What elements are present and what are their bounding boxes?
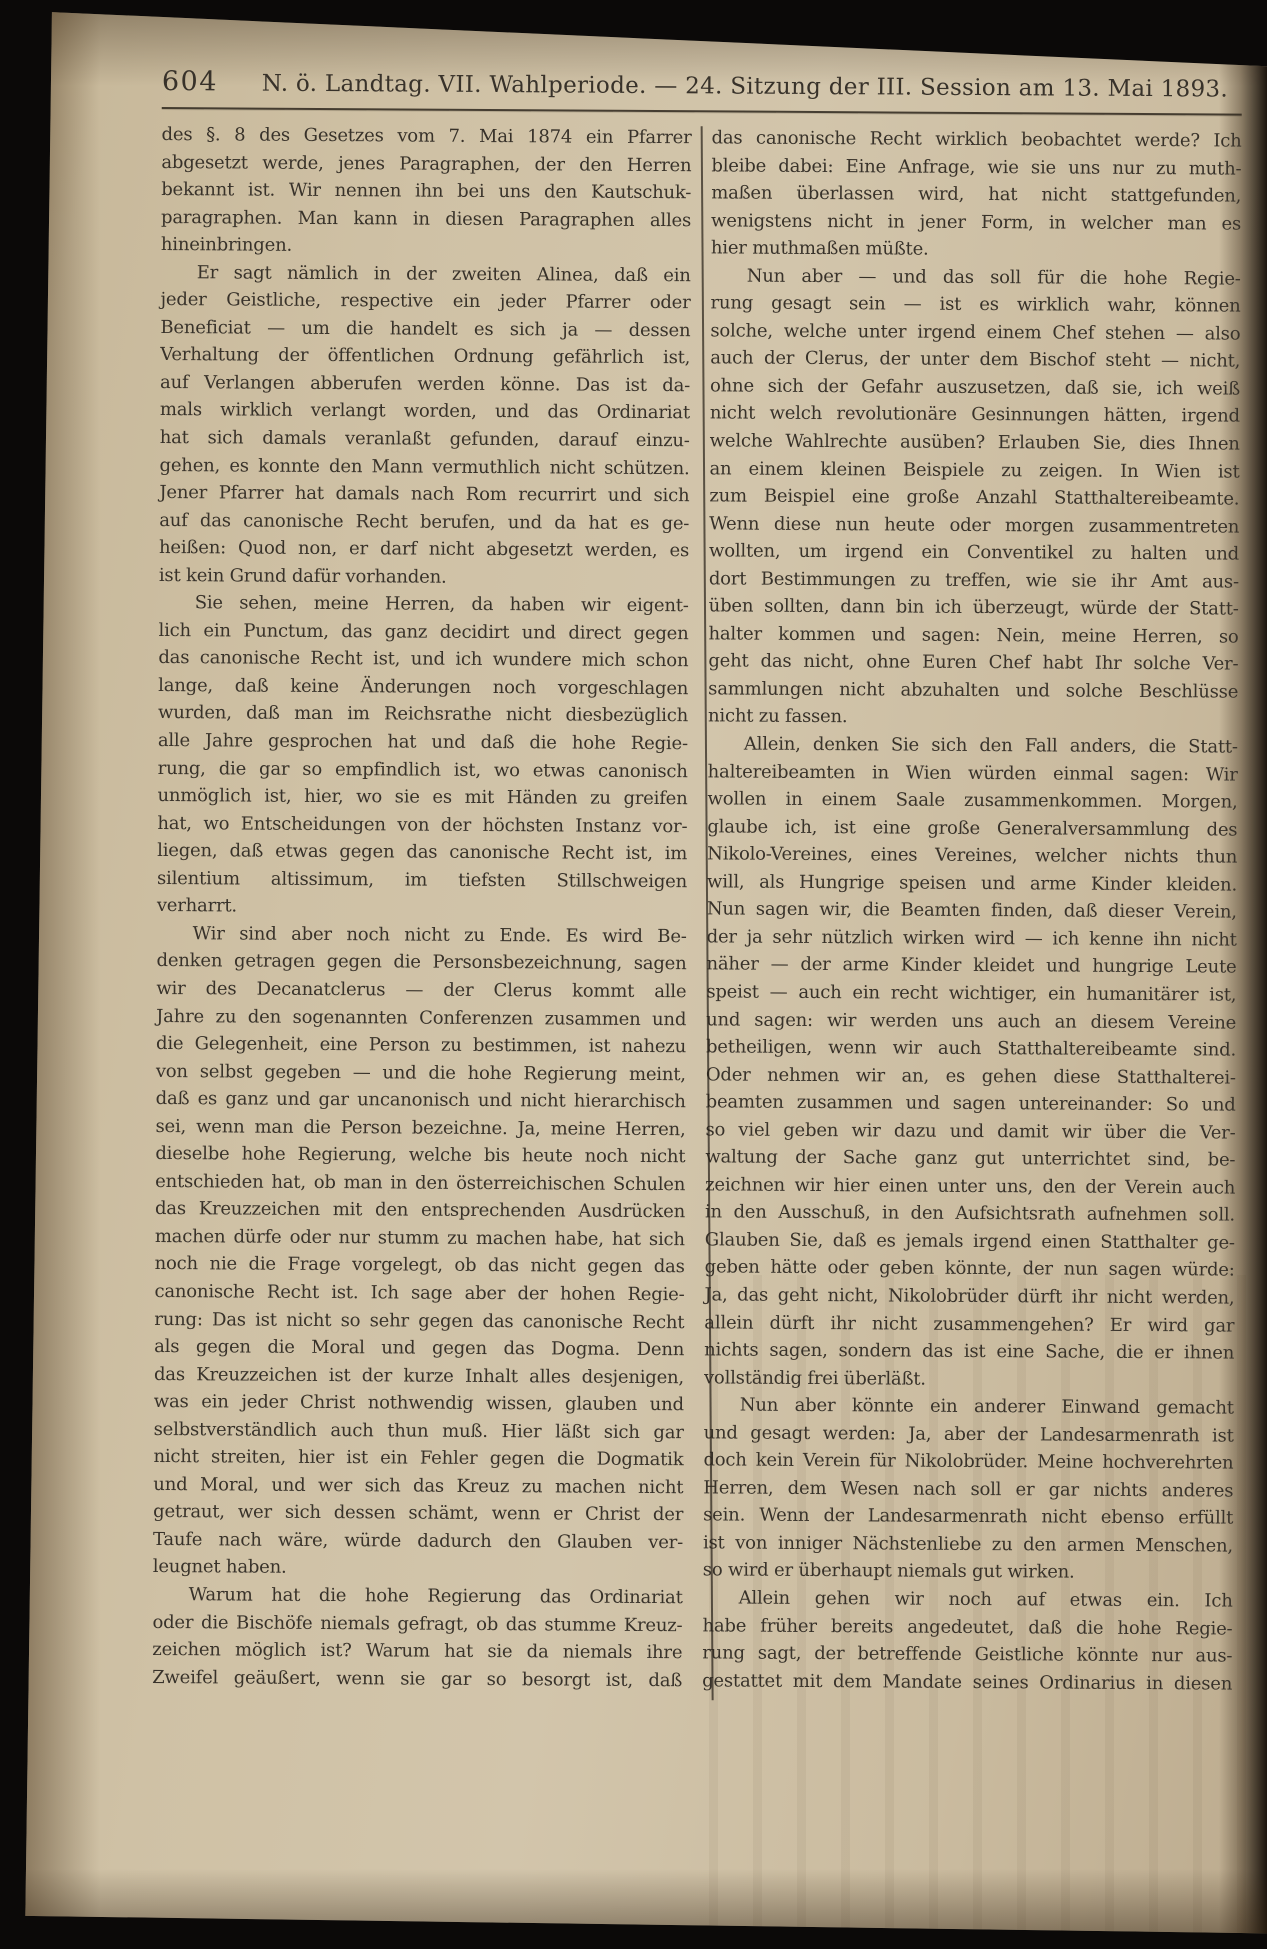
text-line: ohne sich der Gefahr auszusetzen, daß si… xyxy=(710,372,1240,403)
page-header: 604 N. ö. Landtag. VII. Wahlperiode. — 2… xyxy=(162,66,1242,104)
text-line: wollten, um irgend ein Conventikel zu ha… xyxy=(709,538,1239,569)
text-line: hineinbringen. xyxy=(161,231,691,262)
text-line: dieselbe hohe Regierung, welche bis heut… xyxy=(155,1140,685,1171)
text-line: lich ein Punctum, das ganz decidirt und … xyxy=(158,617,688,648)
text-line: zum Beispiel eine große Anzahl Statthalt… xyxy=(709,482,1239,513)
text-line: alle Jahre gesprochen hat und daß die ho… xyxy=(158,727,688,758)
text-line: nichts sagen, sondern das ist eine Sache… xyxy=(704,1336,1234,1367)
text-line: auf das canonische Recht berufen, und da… xyxy=(159,507,689,538)
text-line: daß es ganz und gar uncanonisch und nich… xyxy=(156,1085,686,1116)
text-line: Jahre zu den sogenannten Conferenzen zus… xyxy=(156,1002,686,1033)
text-line: Ja, das geht nicht, Nikolobrüder dürft i… xyxy=(704,1281,1234,1312)
text-line: paragraphen. Man kann in diesen Paragrap… xyxy=(161,204,691,235)
text-line: Nun sagen wir, die Beamten finden, daß d… xyxy=(707,896,1237,927)
header-rule xyxy=(162,107,1242,116)
text-line: unmöglich ist, hier, wo sie es mit Hände… xyxy=(157,782,687,813)
text-line: ist von inniger Nächstenliebe zu den arm… xyxy=(703,1529,1233,1560)
text-line: habe früher bereits angedeutet, daß die … xyxy=(702,1612,1232,1643)
text-line: heißen: Quod non, er darf nicht abgesetz… xyxy=(159,534,689,565)
text-columns: des §. 8 des Gesetzes vom 7. Mai 1874 ei… xyxy=(152,121,1242,1698)
text-line: liegen, daß etwas gegen das canonische R… xyxy=(157,837,687,868)
text-line: Nun aber — und das soll für die hohe Reg… xyxy=(711,262,1241,293)
text-line: und gesagt werden: Ja, aber der Landesar… xyxy=(704,1419,1234,1450)
text-line: speist — auch ein recht wichtiger, ein h… xyxy=(706,978,1236,1009)
text-line: waltung der Sache ganz gut unterrichtet … xyxy=(705,1144,1235,1175)
text-line: Taufe nach wäre, würde dadurch den Glaub… xyxy=(153,1526,683,1557)
text-line: verharrt. xyxy=(157,892,687,923)
text-line: haltereibeamten in Wien würden einmal sa… xyxy=(708,758,1238,789)
text-line: nicht streiten, hier ist ein Fehler gege… xyxy=(153,1443,683,1474)
text-line: der ja sehr nützlich wirken wird — ich k… xyxy=(707,923,1237,954)
text-line: so viel geben wir dazu und damit wir übe… xyxy=(705,1116,1235,1147)
text-line: rung gesagt sein — ist es wirklich wahr,… xyxy=(710,290,1240,321)
text-line: nicht zu fassen. xyxy=(708,703,1238,734)
text-line: wurden, daß man im Reichsrathe nicht die… xyxy=(158,699,688,730)
text-line: vollständig frei überläßt. xyxy=(704,1364,1234,1395)
text-line: sammlungen nicht abzuhalten und solche B… xyxy=(708,675,1238,706)
text-line: oder die Bischöfe niemals gefragt, ob da… xyxy=(152,1609,682,1640)
text-line: Warum hat die hohe Regierung das Ordinar… xyxy=(153,1581,683,1612)
text-line: wollen in einem Saale zusammenkommen. Mo… xyxy=(707,785,1237,816)
text-line: selbstverständlich auch thun muß. Hier l… xyxy=(154,1416,684,1447)
text-line: hat sich damals veranlaßt gefunden, dara… xyxy=(160,424,690,455)
scanned-document-page: { "page": { "header": { "page_number": "… xyxy=(0,0,1267,1949)
text-line: auf Verlangen abberufen werden könne. Da… xyxy=(160,369,690,400)
text-line: auch der Clerus, der unter dem Bischof s… xyxy=(710,345,1240,376)
text-line: glaube ich, ist eine große Generalversam… xyxy=(707,813,1237,844)
text-line: silentium altissimum, im tiefsten Stills… xyxy=(157,865,687,896)
text-line: sein. Wenn der Landesarmenrath nicht ebe… xyxy=(703,1502,1233,1533)
text-line: rung sagt, der betreffende Geistliche kö… xyxy=(702,1639,1232,1670)
text-line: sei, wenn man die Person bezeichne. Ja, … xyxy=(155,1113,685,1144)
text-line: zeichnen wir hier einen unter uns, den d… xyxy=(705,1171,1235,1202)
text-line: mals wirklich verlangt worden, und das O… xyxy=(160,396,690,427)
text-line: Wir sind aber noch nicht zu Ende. Es wir… xyxy=(157,920,687,951)
text-line: welche Wahlrechte ausüben? Erlauben Sie,… xyxy=(710,427,1240,458)
text-line: an einem kleinen Beispiele zu zeigen. In… xyxy=(709,455,1239,486)
text-line: ist kein Grund dafür vorhanden. xyxy=(159,562,689,593)
text-line: Nikolo-Vereines, eines Vereines, welcher… xyxy=(707,841,1237,872)
column-right: das canonische Recht wirklich beobachtet… xyxy=(702,124,1242,1697)
text-line: beamten zusammen und sagen untereinander… xyxy=(706,1088,1236,1119)
text-line: was ein jeder Christ nothwendig wissen, … xyxy=(154,1388,684,1419)
text-line: gestattet mit dem Mandate seines Ordinar… xyxy=(702,1667,1232,1698)
text-line: Nun aber könnte ein anderer Einwand gema… xyxy=(704,1391,1234,1422)
text-line: nicht welch revolutionäre Gesinnungen hä… xyxy=(710,400,1240,431)
text-line: näher — der arme Kinder kleidet und hung… xyxy=(706,951,1236,982)
text-line: das canonische Recht ist, und ich wunder… xyxy=(158,644,688,675)
text-line: von selbst gegeben — und die hohe Regier… xyxy=(156,1058,686,1089)
text-line: Allein gehen wir noch auf etwas ein. Ich xyxy=(703,1584,1233,1615)
text-line: solche, welche unter irgend einem Chef s… xyxy=(710,317,1240,348)
text-line: geht das nicht, ohne Euren Chef habt Ihr… xyxy=(708,648,1238,679)
text-line: und sagen: wir werden uns auch an diesem… xyxy=(706,1006,1236,1037)
text-line: bleibe dabei: Eine Anfrage, wie sie uns … xyxy=(711,152,1241,183)
text-line: Glauben Sie, daß es jemals irgend einen … xyxy=(705,1226,1235,1257)
text-line: jeder Geistliche, respective ein jeder P… xyxy=(160,286,690,317)
text-line: Herren, dem Wesen nach soll er gar nicht… xyxy=(703,1474,1233,1505)
text-line: betheiligen, wenn wir auch Statthalterei… xyxy=(706,1033,1236,1064)
text-line: in den Ausschuß, in den Aufsichtsrath au… xyxy=(705,1199,1235,1230)
text-line: Wenn diese nun heute oder morgen zusamme… xyxy=(709,510,1239,541)
text-line: denken getragen gegen die Personsbezeich… xyxy=(156,947,686,978)
column-left: des §. 8 des Gesetzes vom 7. Mai 1874 ei… xyxy=(152,121,692,1694)
text-line: rung: Das ist nicht so sehr gegen das ca… xyxy=(154,1305,684,1336)
text-line: das Kreuzzeichen ist der kurze Inhalt al… xyxy=(154,1361,684,1392)
text-line: canonische Recht ist. Ich sage aber der … xyxy=(154,1278,684,1309)
text-line: das canonische Recht wirklich beobachtet… xyxy=(711,124,1241,155)
text-line: abgesetzt werde, jenes Paragraphen, der … xyxy=(161,149,691,180)
text-line: als gegen die Moral und gegen das Dogma.… xyxy=(154,1333,684,1364)
text-line: Oder nehmen wir an, es gehen diese Statt… xyxy=(706,1061,1236,1092)
text-line: Sie sehen, meine Herren, da haben wir ei… xyxy=(159,589,689,620)
text-line: geben hätte oder geben könnte, der nun s… xyxy=(705,1254,1235,1285)
text-line: bekannt ist. Wir nennen ihn bei uns den … xyxy=(161,176,691,207)
text-line: Jener Pfarrer hat damals nach Rom recurr… xyxy=(159,479,689,510)
text-line: die Gelegenheit, eine Person zu bestimme… xyxy=(156,1030,686,1061)
text-line: leugnet haben. xyxy=(153,1553,683,1584)
header-title: N. ö. Landtag. VII. Wahlperiode. — 24. S… xyxy=(218,70,1242,102)
text-line: will, als Hungrige speisen und arme Kind… xyxy=(707,868,1237,899)
text-line: Verhaltung der öffentlichen Ordnung gefä… xyxy=(160,341,690,372)
text-line: doch kein Verein für Nikolobrüder. Meine… xyxy=(703,1447,1233,1478)
text-line: so wird er überhaupt niemals gut wirken. xyxy=(703,1557,1233,1588)
text-line: üben sollten, dann bin ich überzeugt, wü… xyxy=(709,593,1239,624)
left-edge-shadow xyxy=(22,0,100,1949)
text-line: wir des Decanatclerus — der Clerus kommt… xyxy=(156,975,686,1006)
text-line: und Moral, und wer sich das Kreuz zu mac… xyxy=(153,1471,683,1502)
text-line: machen dürfe oder nur stumm zu machen ha… xyxy=(155,1223,685,1254)
page-content: 604 N. ö. Landtag. VII. Wahlperiode. — 2… xyxy=(152,66,1242,1698)
text-line: rung, die gar so empfindlich ist, wo etw… xyxy=(158,755,688,786)
text-line: wenigstens nicht in jener Form, in welch… xyxy=(711,207,1241,238)
text-line: allein dürft ihr nicht zusammengehen? Er… xyxy=(704,1309,1234,1340)
text-line: lange, daß keine Änderungen noch vorgesc… xyxy=(158,672,688,703)
text-line: zeichen möglich ist? Warum hat sie da ni… xyxy=(152,1636,682,1667)
text-line: Allein, denken Sie sich den Fall anders,… xyxy=(708,730,1238,761)
text-line: Er sagt nämlich in der zweiten Alinea, d… xyxy=(161,259,691,290)
text-line: hier muthmaßen müßte. xyxy=(711,235,1241,266)
text-line: halter kommen und sagen: Nein, meine Her… xyxy=(708,620,1238,651)
text-line: gehen, es konnte den Mann vermuthlich ni… xyxy=(159,452,689,483)
text-line: noch nie die Frage vorgelegt, ob das nic… xyxy=(155,1250,685,1281)
text-line: des §. 8 des Gesetzes vom 7. Mai 1874 ei… xyxy=(161,121,691,152)
text-line: Zweifel geäußert, wenn sie gar so besorg… xyxy=(152,1664,682,1695)
text-line: maßen überlassen wird, hat nicht stattge… xyxy=(711,179,1241,210)
text-line: das Kreuzzeichen mit den entsprechenden … xyxy=(155,1195,685,1226)
text-line: dort Bestimmungen zu treffen, wie sie ih… xyxy=(709,565,1239,596)
text-line: getraut, wer sich dessen schämt, wenn er… xyxy=(153,1498,683,1529)
page-number: 604 xyxy=(162,66,218,97)
text-line: entschieden hat, ob man in den österreic… xyxy=(155,1168,685,1199)
text-line: Beneficiat — um die handelt es sich ja —… xyxy=(160,314,690,345)
text-line: hat, wo Entscheidungen von der höchsten … xyxy=(157,810,687,841)
